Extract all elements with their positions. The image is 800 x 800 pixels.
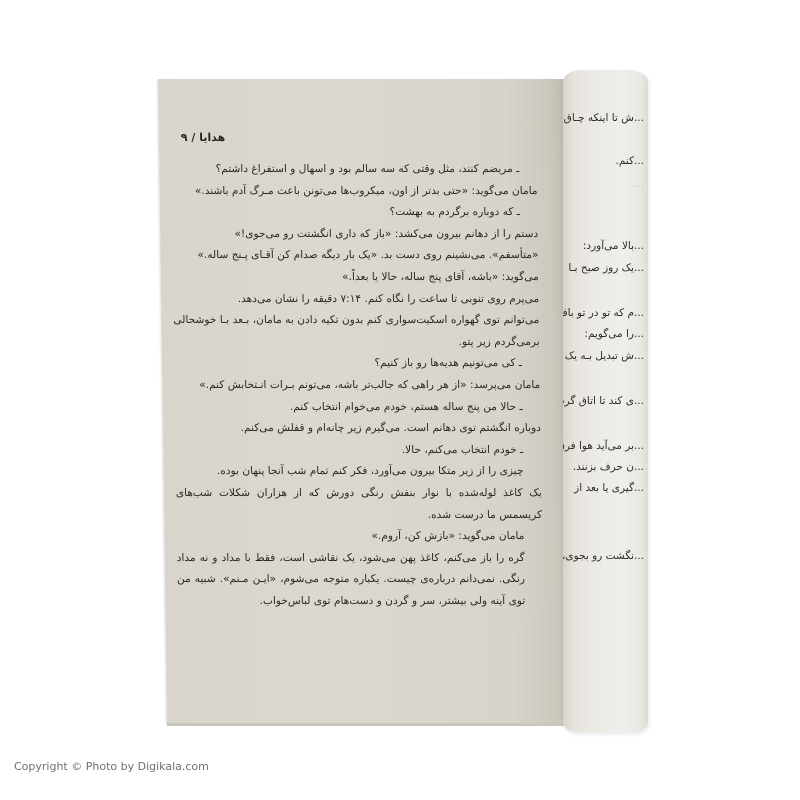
running-head: هدایا / ۹ <box>181 131 226 144</box>
paragraph: ـ خودم انتخاب می‌کنم، حالا. <box>175 440 541 462</box>
book-photo: هدایا / ۹ ـ مریضم کنند، مثل وقتی که سه س… <box>0 0 800 800</box>
paragraph: مامان می‌گوید: «حتی بدتر از اون، میکروب‌… <box>171 181 537 203</box>
page-body-text: ـ مریضم کنند، مثل وقتی که سه سالم بود و … <box>171 159 543 612</box>
paragraph: «متأسفم». می‌نشینم روی دست بد. «یک بار د… <box>172 245 538 267</box>
rolled-right-page: ...ش تا اینکه چـاق...کنم.......بالا می‌آ… <box>563 70 648 732</box>
rolled-page-line: ...یک روز صبح بـا <box>568 262 644 274</box>
paragraph: دوباره انگشتم توی دهانم است. می‌گیرم زیر… <box>175 418 541 440</box>
rolled-page-line: ...گیری یا بعد از <box>574 482 644 494</box>
page-edge <box>167 723 573 726</box>
rolled-page-line: ...را می‌گویم: <box>584 328 644 340</box>
rolled-page-line: ...بر می‌آید هوا فرق <box>563 440 644 452</box>
rolled-page-line: ...ن حرف بزنند. <box>573 461 644 473</box>
paragraph: مامان می‌پرسد: «از هر راهی که جالب‌تر با… <box>174 375 540 397</box>
rolled-page-text: ...ش تا اینکه چـاق...کنم.......بالا می‌آ… <box>563 70 644 732</box>
copyright-caption: Copyright © Photo by Digikala.com <box>14 760 209 773</box>
rolled-page-line: ...بالا می‌آورد: <box>583 240 644 252</box>
rolled-page-line: ...ی کند تا اتاق گرم <box>563 395 644 407</box>
rolled-page-line: ...م که تو در تو بافته <box>563 307 644 319</box>
paragraph: ـ حالا من پنج ساله هستم، خودم می‌خوام ان… <box>174 397 540 419</box>
paragraph: یک کاغذ لوله‌شده با نوار بنفش رنگی دورش … <box>176 483 543 526</box>
rolled-page-line: ...ش تبدیل بـه یک <box>565 350 644 362</box>
paragraph: ـ که دوباره برگردم به بهشت؟ <box>172 202 538 224</box>
rolled-page-line: ... <box>634 178 644 190</box>
paragraph: دستم را از دهانم بیرون می‌کشد: «باز که د… <box>172 224 538 246</box>
left-page: هدایا / ۹ ـ مریضم کنند، مثل وقتی که سه س… <box>158 79 573 724</box>
paragraph: گره را باز می‌کنم، کاغذ پهن می‌شود، یک ن… <box>177 548 544 613</box>
paragraph: ـ مریضم کنند، مثل وقتی که سه سالم بود و … <box>171 159 537 181</box>
paragraph: ـ کی می‌تونیم هدیه‌ها رو باز کنیم؟ <box>174 353 540 375</box>
paragraph: می‌گوید: «باشه، آقای پنج ساله، حالا یا ب… <box>173 267 539 289</box>
paragraph: می‌پرم روی تنوبی تا ساعت را نگاه کنم. ۷:… <box>173 289 539 311</box>
paragraph: چیزی را از زیر متکا بیرون می‌آورد، فکر ک… <box>175 461 541 483</box>
rolled-page-line: ...ش تا اینکه چـاق <box>564 112 644 124</box>
paragraph: مامان می‌گوید: «بازش کن، آروم.» <box>176 526 542 548</box>
rolled-page-line: ...کنم. <box>615 155 644 167</box>
rolled-page-line: ...نگشت رو بجوی، <box>563 550 644 562</box>
paragraph: می‌توانم توی گهواره اسکیت‌سواری کنم بدون… <box>173 310 540 353</box>
